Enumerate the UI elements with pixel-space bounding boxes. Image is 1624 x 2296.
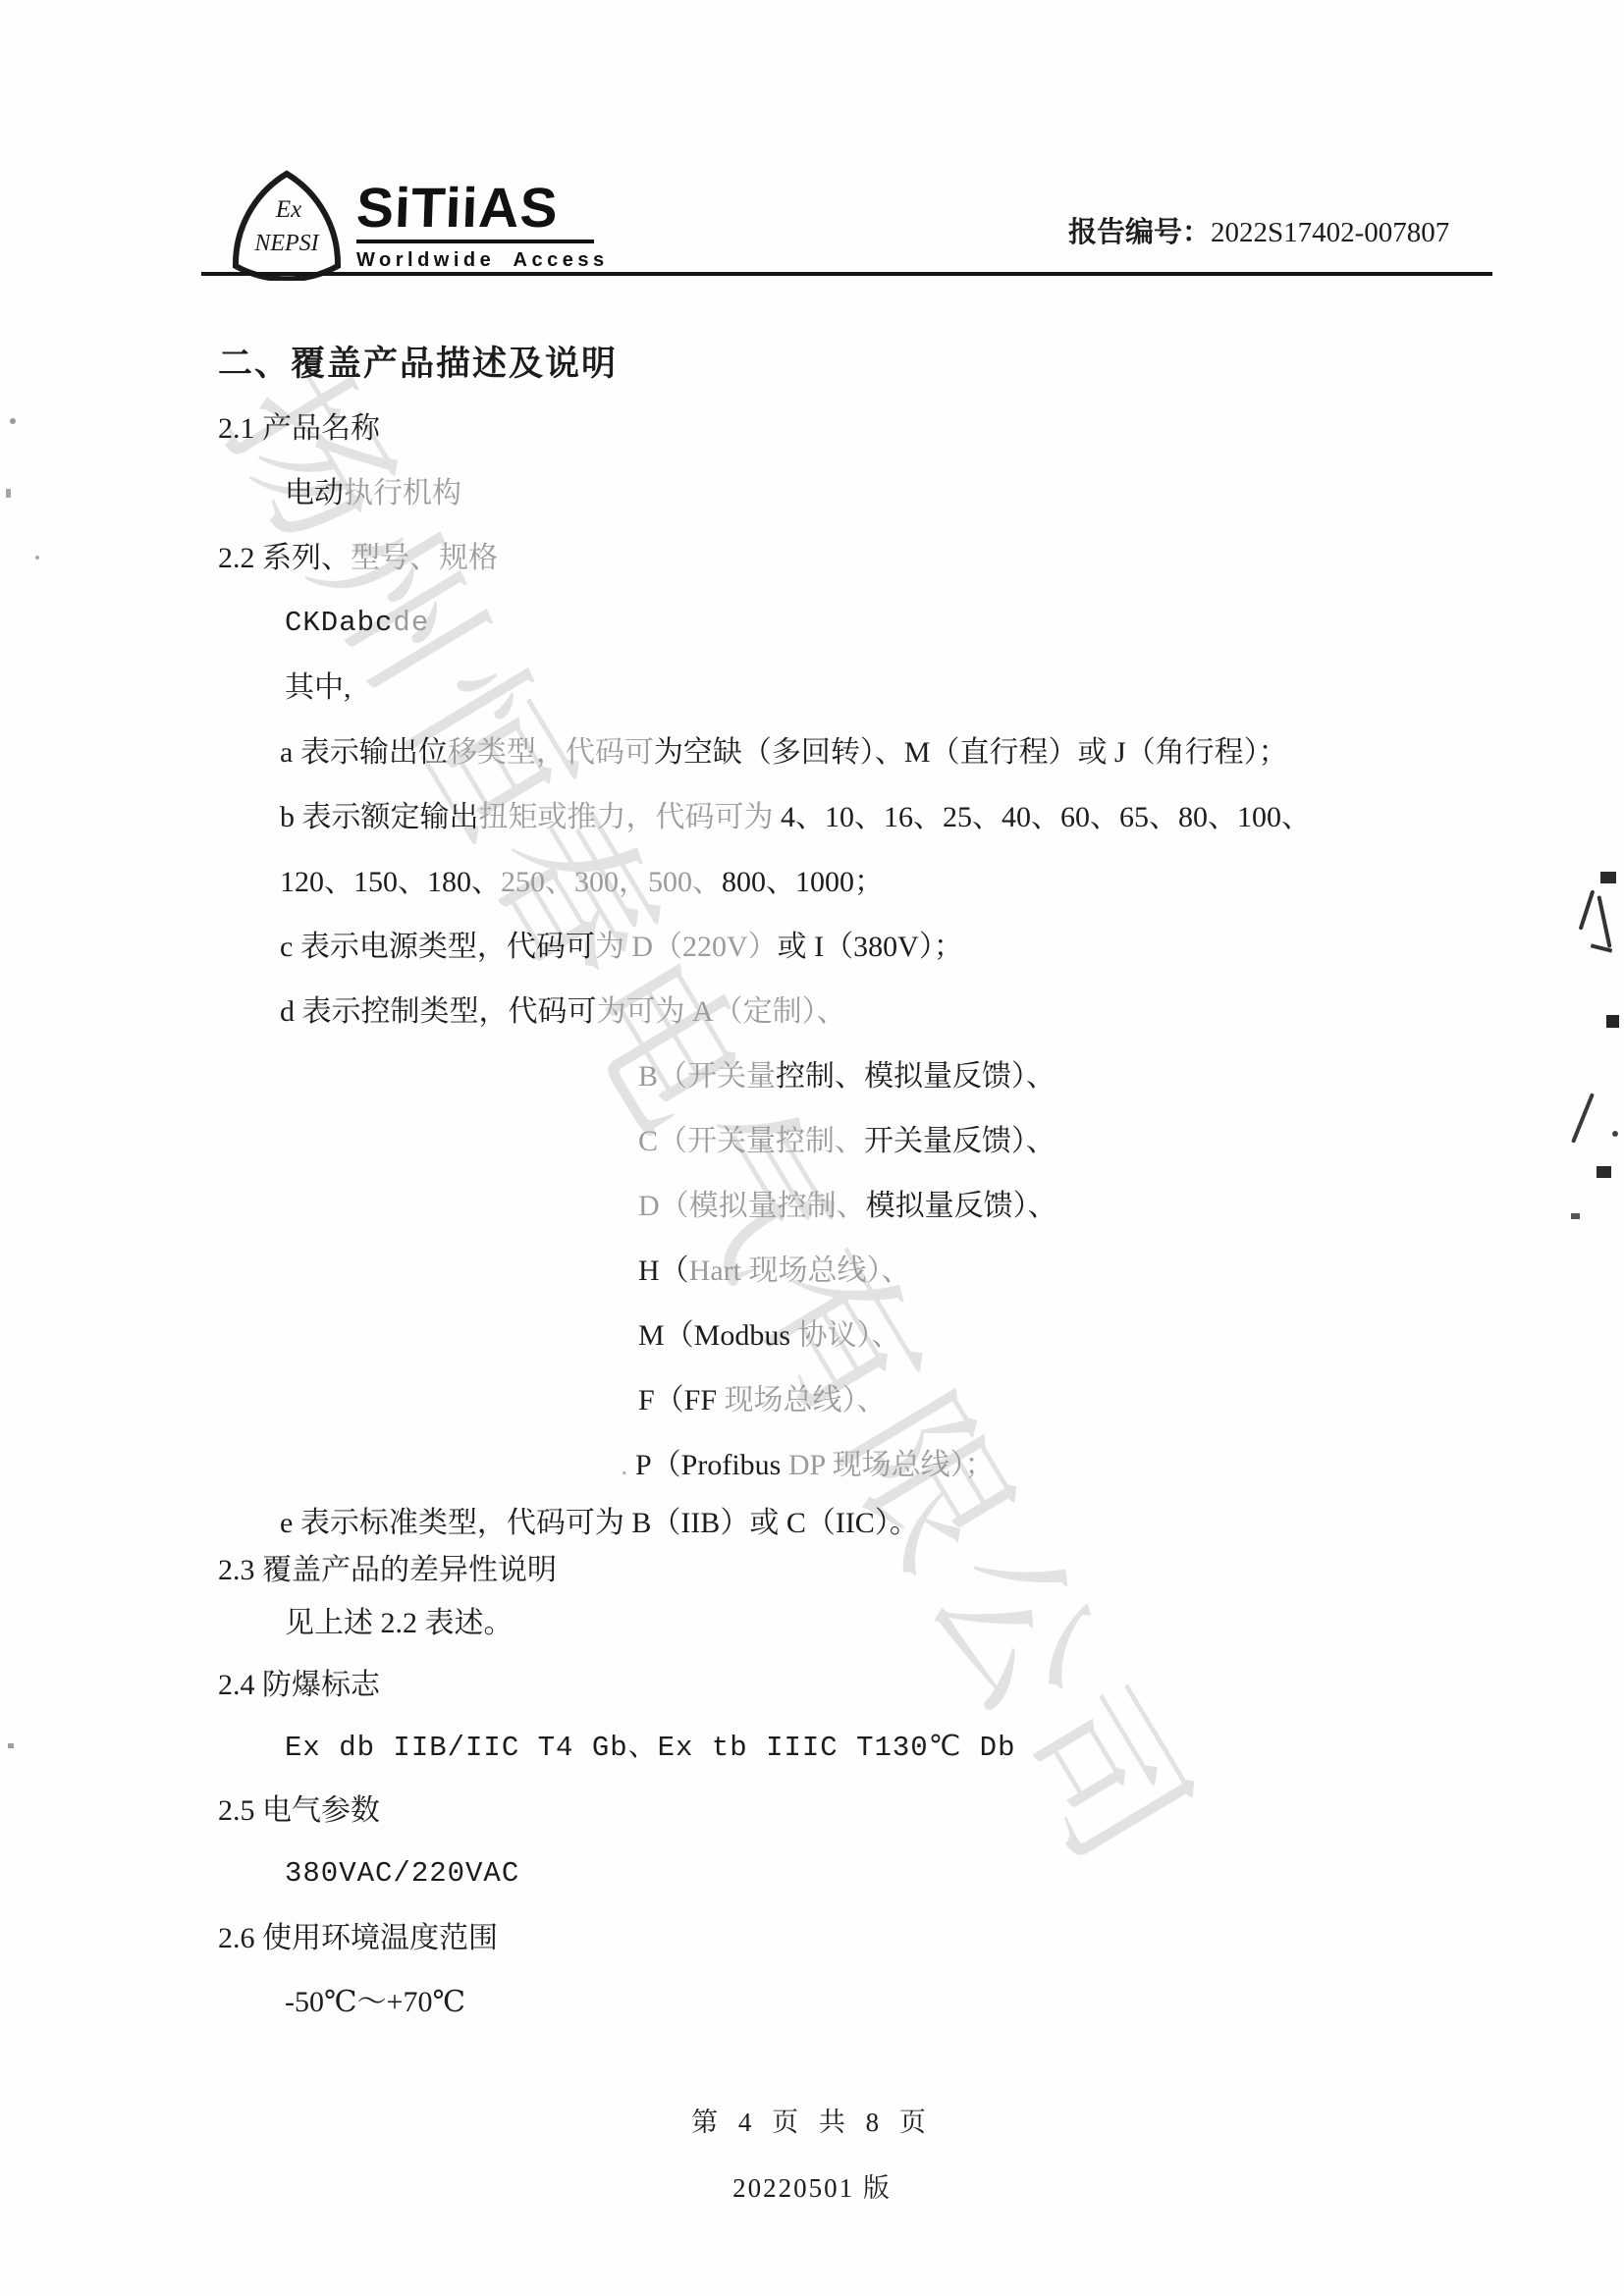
- report-number-value: 2022S17402-007807: [1211, 217, 1449, 248]
- edge-artifact: [1597, 895, 1611, 948]
- text-segment-faded: de: [393, 607, 429, 639]
- text-segment-faded: C（开关量控制、: [638, 1125, 864, 1157]
- item-2-3-value: 见上述 2.2 表述。: [218, 1592, 1583, 1655]
- code-line-e: e 表示标准类型，代码可为 B（IIB）或 C（IIC）。: [218, 1498, 1583, 1549]
- code-line-b-continued: 120、150、180、250、300，500、800、1000；: [218, 850, 1583, 915]
- text-segment-faded: D（模拟量控制、: [638, 1190, 866, 1222]
- code-line-c: c 表示电源类型，代码可为 D（220V）或 I（380V）；: [218, 915, 1583, 980]
- text-segment: H（: [638, 1255, 689, 1287]
- text-segment: 4、10、16、25、40、60、65、80、100、: [774, 801, 1312, 833]
- report-number: 报告编号：2022S17402-007807: [1068, 210, 1449, 250]
- text-segment: d 表示控制类型，代码可: [280, 995, 597, 1028]
- nepsi-ex-logo: Ex NEPSI: [222, 165, 352, 281]
- code-line-d: d 表示控制类型，代码可为可为 A（定制）、: [218, 980, 1583, 1044]
- edge-artifact: [1571, 1213, 1580, 1219]
- text-segment-faded: 型号、规格: [351, 542, 498, 574]
- text-segment-faded: 执行机构: [344, 477, 461, 509]
- nepsi-triangle-outline: [236, 174, 338, 279]
- edge-artifact: [1600, 872, 1616, 883]
- item-2-5-label: 2.5 电气参数: [218, 1781, 1583, 1842]
- item-2-3-label: 2.3 覆盖产品的差异性说明: [218, 1549, 1583, 1592]
- sitiias-wordmark: SiTiiAS: [355, 181, 610, 237]
- text-segment: 或 I（380V）；: [778, 931, 963, 963]
- option-f: F（FF 现场总线）、: [218, 1368, 1583, 1433]
- option-h: H（Hart 现场总线）、: [218, 1239, 1583, 1304]
- text-segment: 800、1000；: [722, 866, 884, 898]
- item-2-2-label: 2.2 系列、型号、规格: [218, 526, 1583, 591]
- text-segment: 开关量反馈）、: [864, 1125, 1056, 1157]
- text-segment: 120、150、180、: [280, 866, 501, 898]
- text-segment-faded: 为可为 A（定制）、: [597, 995, 846, 1028]
- edge-artifact: [1606, 1015, 1619, 1028]
- item-2-1-label: 2.1 产品名称: [218, 397, 1583, 461]
- text-segment-faded: 为 D（220V）: [595, 931, 778, 963]
- page-number: 第 4 页 共 8 页: [0, 2101, 1624, 2139]
- report-number-label: 报告编号：: [1068, 217, 1211, 248]
- text-segment: M（Modbus: [638, 1319, 798, 1352]
- ex-mark-label: Ex: [275, 196, 301, 223]
- text-segment-faded: B（开关量: [638, 1060, 776, 1093]
- item-2-6-value: -50℃～+70℃: [218, 1971, 1583, 2034]
- sitiias-logo: SiTiiAS Worldwide Access: [356, 181, 609, 272]
- item-2-1-value: 电动执行机构: [218, 461, 1583, 526]
- text-segment: P（Profibus: [635, 1449, 788, 1481]
- nepsi-label: NEPSI: [253, 231, 319, 256]
- text-segment: CKDabc: [285, 607, 393, 639]
- text-segment-faded: 扭矩或推力，代码可为: [479, 801, 774, 833]
- code-line-a: a 表示输出位移类型，代码可为空缺（多回转）、M（直行程）或 J（角行程）；: [218, 721, 1583, 785]
- text-segment-faded: 协议）、: [798, 1319, 901, 1352]
- text-segment-faded: 现场总线）、: [725, 1384, 887, 1416]
- text-segment: 为空缺（多回转）、M（直行程）或 J（角行程）；: [654, 736, 1288, 769]
- scan-speck: [10, 418, 16, 424]
- option-c: C（开关量控制、开关量反馈）、: [218, 1109, 1583, 1174]
- section-title: 二、覆盖产品描述及说明: [218, 332, 1583, 397]
- header-divider: [201, 272, 1492, 276]
- edge-artifact: [1612, 1131, 1618, 1137]
- text-segment: a 表示输出位: [280, 736, 448, 769]
- text-segment: b 表示额定输出: [280, 801, 479, 833]
- scan-speck: [8, 1743, 14, 1748]
- text-segment: 电动: [285, 477, 344, 509]
- text-segment-faded: Hart 现场总线）、: [689, 1255, 911, 1287]
- model-code: CKDabcde: [218, 591, 1583, 656]
- text-segment: 控制、模拟量反馈）、: [776, 1060, 1056, 1093]
- document-version: 20220501 版: [0, 2166, 1624, 2205]
- document-body: 二、覆盖产品描述及说明 2.1 产品名称 电动执行机构 2.2 系列、型号、规格…: [218, 332, 1583, 2034]
- scan-speck: [6, 489, 11, 498]
- scan-speck: [35, 556, 39, 560]
- text-segment-faded: .: [621, 1449, 635, 1481]
- report-page: 扬州恒春电气有限公司 Ex NEPSI SiTiiAS Worldwide Ac…: [0, 0, 1624, 2296]
- text-segment: c 表示电源类型，代码可: [280, 931, 595, 963]
- logo-underline: [356, 240, 594, 243]
- text-segment-faded: DP 现场总线）；: [788, 1449, 995, 1481]
- item-2-5-value: 380VAC/220VAC: [218, 1842, 1583, 1906]
- option-b: B（开关量控制、模拟量反馈）、: [218, 1044, 1583, 1109]
- item-2-4-label: 2.4 防爆标志: [218, 1655, 1583, 1716]
- text-segment: 2.2 系列、: [218, 542, 351, 574]
- among-which: 其中,: [218, 656, 1583, 721]
- text-segment-faded: 250、300，500、: [501, 866, 722, 898]
- edge-artifact: [1597, 1166, 1611, 1178]
- text-segment-faded: 移类型，代码可: [448, 736, 654, 769]
- text-segment: F（FF: [638, 1384, 725, 1416]
- option-d: D（模拟量控制、模拟量反馈）、: [218, 1174, 1583, 1239]
- option-p: . P（Profibus DP 现场总线）；: [218, 1433, 1583, 1498]
- item-2-6-label: 2.6 使用环境温度范围: [218, 1906, 1583, 1971]
- option-m: M（Modbus 协议）、: [218, 1304, 1583, 1368]
- logo-tagline: Worldwide Access: [356, 249, 609, 272]
- code-line-b: b 表示额定输出扭矩或推力，代码可为 4、10、16、25、40、60、65、8…: [218, 785, 1583, 850]
- text-segment: 模拟量反馈）、: [866, 1190, 1057, 1222]
- item-2-4-value: Ex db IIB/IIC T4 Gb、Ex tb IIIC T130℃ Db: [218, 1716, 1583, 1781]
